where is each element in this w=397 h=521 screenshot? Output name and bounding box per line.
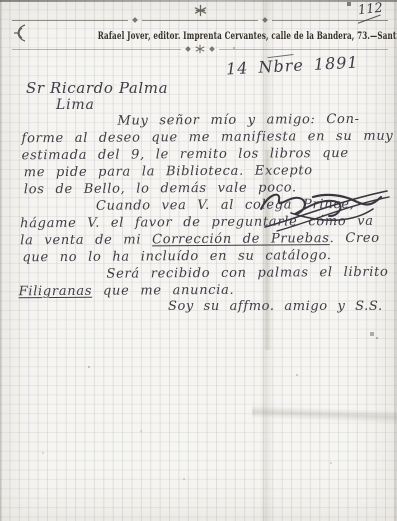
body-text-segment: Será recibido con palmas el librito	[106, 265, 388, 282]
scan-edge-top	[0, 0, 397, 2]
starburst-icon	[195, 44, 205, 54]
diamond-ornament	[185, 46, 191, 52]
scanned-letter-page: 112 Rafael Jover, editor. Imprenta Cerva…	[0, 0, 397, 521]
diamond-ornament	[209, 46, 215, 52]
recipient-name: Sr Ricardo Palma	[26, 79, 168, 97]
scan-edge-left	[0, 0, 2, 521]
closing-line: Soy su affmo. amigo y S.S.	[168, 299, 383, 314]
letterhead-text-row: Rafael Jover, editor. Imprenta Cervantes…	[12, 23, 388, 43]
rule-segment	[12, 49, 181, 50]
body-text-segment: forme al deseo que me manifiesta en su m…	[21, 129, 393, 147]
rule-segment	[142, 20, 258, 21]
recipient-city: Lima	[56, 97, 95, 113]
body-text-segment: que me anuncia.	[92, 283, 234, 299]
diamond-ornament	[132, 17, 138, 23]
closing-text: Soy su affmo. amigo y S.S.	[168, 299, 383, 314]
body-text-segment: Muy señor mío y amigo: Con-	[117, 112, 359, 129]
body-text-segment: estimada del 9, le remito los libros que	[22, 146, 349, 163]
letterhead-top-rule	[12, 18, 388, 22]
underlined-book-title: Filigranas	[19, 284, 93, 300]
letter-date: 14 Nbre 1891	[226, 53, 359, 79]
body-text-segment: la venta de mi	[20, 232, 152, 248]
diamond-ornament	[262, 17, 268, 23]
underlined-book-title: Corrección de Pruebas	[152, 231, 330, 247]
starburst-icon	[194, 4, 207, 17]
letterhead-bottom-rule	[12, 44, 388, 54]
letter-body-line: Será recibido con palmas el librito	[18, 264, 390, 284]
letterhead-title-wrap: Rafael Jover, editor. Imprenta Cervantes…	[29, 24, 397, 43]
date-text: 14 Nbre 1891	[226, 53, 359, 79]
paper-specks	[0, 0, 2, 2]
body-text-segment: me pide para la Biblioteca. Excepto	[24, 163, 313, 180]
letterhead: Rafael Jover, editor. Imprenta Cervantes…	[12, 4, 388, 54]
letterhead-title: Rafael Jover, editor. Imprenta Cervantes…	[98, 31, 397, 42]
left-scroll-ornament-icon	[12, 23, 27, 43]
letter-body-line: Filigranas que me anuncia.	[19, 281, 391, 301]
body-text-segment: . Creo	[330, 231, 380, 246]
signature-flourish: Rafael Jover	[255, 183, 391, 233]
rule-segment	[12, 20, 128, 21]
rule-segment	[219, 49, 388, 50]
letter-body-line: estimada del 9, le remito los libros que	[18, 145, 390, 165]
body-text-segment: que no lo ha incluído en su catálogo.	[22, 248, 331, 265]
letterhead-crest-ornament	[12, 4, 388, 17]
rule-segment	[272, 20, 388, 21]
